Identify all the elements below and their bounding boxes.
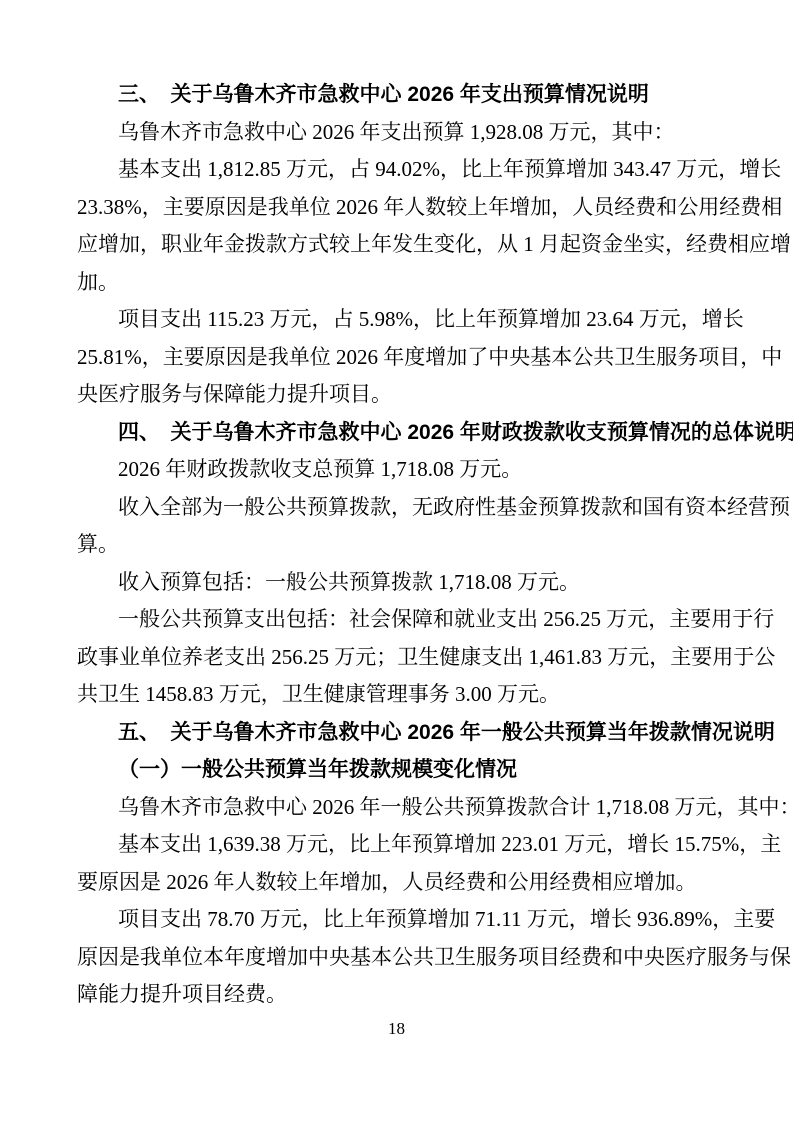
paragraph-line: 算。 (77, 526, 743, 564)
section-3-heading: 三、 关于乌鲁木齐市急救中心 2026 年支出预算情况说明 (77, 76, 743, 114)
document-content: 三、 关于乌鲁木齐市急救中心 2026 年支出预算情况说明 乌鲁木齐市急救中心 … (77, 76, 743, 1014)
document-page: 三、 关于乌鲁木齐市急救中心 2026 年支出预算情况说明 乌鲁木齐市急救中心 … (0, 0, 793, 1122)
paragraph-line: 基本支出 1,812.85 万元，占 94.02%，比上年预算增加 343.47… (77, 151, 743, 189)
section-3-heading-line: 三、 关于乌鲁木齐市急救中心 2026 年支出预算情况说明 (77, 76, 743, 114)
paragraph-line: 项目支出 115.23 万元，占 5.98%，比上年预算增加 23.64 万元，… (77, 301, 743, 339)
section-4-heading-line: 四、 关于乌鲁木齐市急救中心 2026 年财政拨款收支预算情况的总体说明 (77, 414, 743, 452)
page-footer: 18 (0, 1019, 793, 1039)
section-5-heading-line: 五、 关于乌鲁木齐市急救中心 2026 年一般公共预算当年拨款情况说明 (77, 714, 743, 752)
paragraph-line: 2026 年财政拨款收支总预算 1,718.08 万元。 (77, 451, 743, 489)
paragraph-allocation-total: 乌鲁木齐市急救中心 2026 年一般公共预算拨款合计 1,718.08 万元，其… (77, 789, 743, 827)
paragraph-line: 项目支出 78.70 万元，比上年预算增加 71.11 万元，增长 936.89… (77, 901, 743, 939)
paragraph-expenditure-total: 乌鲁木齐市急救中心 2026 年支出预算 1,928.08 万元，其中： (77, 114, 743, 152)
paragraph-line: 要原因是 2026 年人数较上年增加，人员经费和公用经费相应增加。 (77, 864, 743, 902)
paragraph-line: 原因是我单位本年度增加中央基本公共卫生服务项目经费和中央医疗服务与保 (77, 939, 743, 977)
paragraph-line: 23.38%，主要原因是我单位 2026 年人数较上年增加，人员经费和公用经费相 (77, 189, 743, 227)
paragraph-income-budget: 收入预算包括：一般公共预算拨款 1,718.08 万元。 (77, 564, 743, 602)
paragraph-line: 障能力提升项目经费。 (77, 976, 743, 1014)
paragraph-public-budget-expenditure: 一般公共预算支出包括：社会保障和就业支出 256.25 万元，主要用于行 政事业… (77, 601, 743, 714)
paragraph-line: 应增加，职业年金拨款方式较上年发生变化，从 1 月起资金坐实，经费相应增 (77, 226, 743, 264)
paragraph-line: 一般公共预算支出包括：社会保障和就业支出 256.25 万元，主要用于行 (77, 601, 743, 639)
paragraph-line: 央医疗服务与保障能力提升项目。 (77, 376, 743, 414)
paragraph-basic-expenditure: 基本支出 1,812.85 万元，占 94.02%，比上年预算增加 343.47… (77, 151, 743, 301)
paragraph-basic-allocation: 基本支出 1,639.38 万元，比上年预算增加 223.01 万元，增长 15… (77, 826, 743, 901)
subsection-5-1-heading: （一）一般公共预算当年拨款规模变化情况 (77, 751, 743, 789)
paragraph-line: 25.81%，主要原因是我单位 2026 年度增加了中央基本公共卫生服务项目，中 (77, 339, 743, 377)
paragraph-line: 乌鲁木齐市急救中心 2026 年支出预算 1,928.08 万元，其中： (77, 114, 743, 152)
section-4-heading: 四、 关于乌鲁木齐市急救中心 2026 年财政拨款收支预算情况的总体说明 (77, 414, 743, 452)
paragraph-line: 加。 (77, 264, 743, 302)
page-number: 18 (388, 1019, 405, 1038)
paragraph-project-allocation: 项目支出 78.70 万元，比上年预算增加 71.11 万元，增长 936.89… (77, 901, 743, 1014)
paragraph-line: 共卫生 1458.83 万元，卫生健康管理事务 3.00 万元。 (77, 676, 743, 714)
paragraph-line: 收入全部为一般公共预算拨款，无政府性基金预算拨款和国有资本经营预 (77, 489, 743, 527)
paragraph-project-expenditure: 项目支出 115.23 万元，占 5.98%，比上年预算增加 23.64 万元，… (77, 301, 743, 414)
paragraph-line: 政事业单位养老支出 256.25 万元；卫生健康支出 1,461.83 万元，主… (77, 639, 743, 677)
paragraph-income-source: 收入全部为一般公共预算拨款，无政府性基金预算拨款和国有资本经营预 算。 (77, 489, 743, 564)
paragraph-line: 收入预算包括：一般公共预算拨款 1,718.08 万元。 (77, 564, 743, 602)
paragraph-line: 乌鲁木齐市急救中心 2026 年一般公共预算拨款合计 1,718.08 万元，其… (77, 789, 743, 827)
subsection-5-1-heading-line: （一）一般公共预算当年拨款规模变化情况 (77, 751, 743, 789)
paragraph-line: 基本支出 1,639.38 万元，比上年预算增加 223.01 万元，增长 15… (77, 826, 743, 864)
section-5-heading: 五、 关于乌鲁木齐市急救中心 2026 年一般公共预算当年拨款情况说明 (77, 714, 743, 752)
paragraph-fiscal-total: 2026 年财政拨款收支总预算 1,718.08 万元。 (77, 451, 743, 489)
